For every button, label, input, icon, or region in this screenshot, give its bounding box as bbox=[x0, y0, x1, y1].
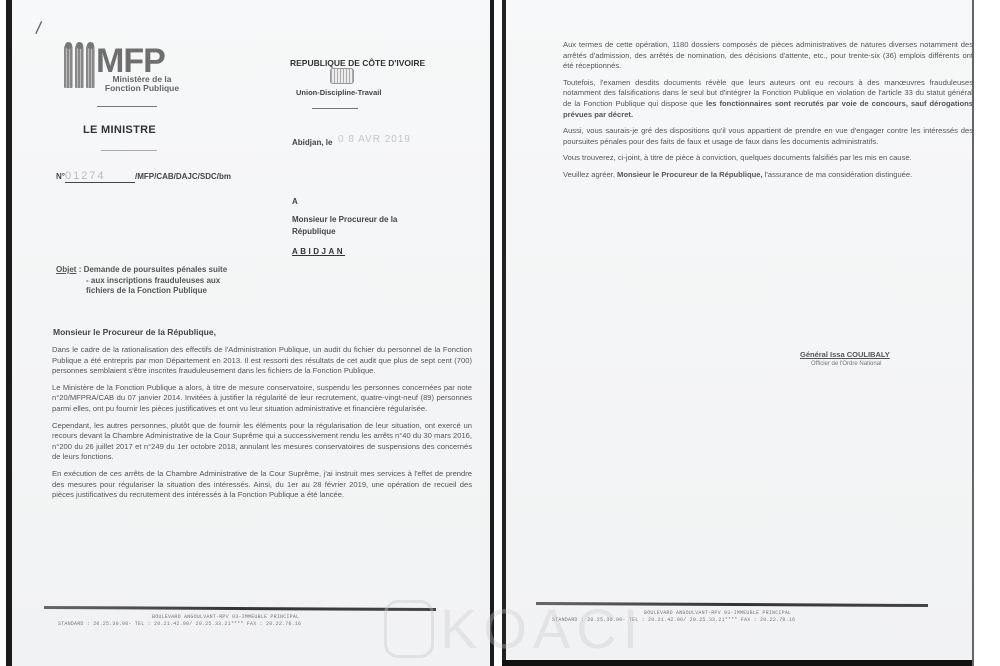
recipient-a: A bbox=[292, 197, 298, 206]
objet-line3: fichiers de la Fonction Publique bbox=[56, 286, 227, 297]
page1-footer-contacts: STANDARD : 20.25.30.00- TEL : 20.21.42.9… bbox=[58, 621, 301, 627]
national-motto: Union-Discipline-Travail bbox=[296, 88, 381, 97]
paragraph: Vous trouverez, ci-joint, à titre de piè… bbox=[563, 153, 973, 164]
paragraph: Cependant, les autres personnes, plutôt … bbox=[52, 421, 472, 463]
mfp-logo-subtitle: Ministère de la Fonction Publique bbox=[92, 75, 192, 93]
page2-body: Aux termes de cette opération, 1180 doss… bbox=[563, 40, 973, 187]
recipient-name: Monsieur le Procureur de la République bbox=[292, 214, 442, 238]
reference-stamp: 01274 bbox=[65, 170, 135, 183]
paragraph: En exécution de ces arrêts de la Chambre… bbox=[52, 469, 472, 501]
objet-line1: : Demande de poursuites pénales suite bbox=[79, 265, 227, 274]
page1-footer-address: BOULEVARD ANGOULVANT-RPV 93-IMMEUBLE PRI… bbox=[152, 614, 299, 620]
page-divider bbox=[490, 0, 502, 666]
closing-rest: l'assurance de ma considération distingu… bbox=[763, 170, 913, 179]
place-date-label: Abidjan, le bbox=[292, 138, 332, 147]
coat-of-arms-icon bbox=[330, 68, 354, 84]
watermark-logo-icon bbox=[384, 600, 434, 658]
page1-body: Dans le cadre de la rationalisation des … bbox=[52, 345, 472, 507]
paragraph: Dans le cadre de la rationalisation des … bbox=[52, 345, 472, 377]
signature-name: Général Issa COULIBALY bbox=[800, 350, 890, 359]
salutation: Monsieur le Procureur de la République, bbox=[53, 327, 216, 337]
paragraph: Aussi, vous saurais-je gré des dispositi… bbox=[563, 126, 973, 147]
header-rule bbox=[97, 106, 157, 107]
reference-number: N°01274/MFP/CAB/DAJC/SDC/bm bbox=[56, 170, 231, 183]
date-stamp: 0 8 AVR 2019 bbox=[338, 134, 411, 145]
ministre-rule bbox=[101, 150, 157, 151]
recipient-city: ABIDJAN bbox=[292, 247, 345, 256]
signature-title: Officier de l'Ordre National bbox=[811, 361, 881, 367]
watermark-text: KOACI bbox=[440, 596, 644, 661]
closing-bold: Monsieur le Procureur de la République, bbox=[617, 170, 763, 179]
closing-text: Veuillez agréer, bbox=[563, 170, 617, 179]
paragraph: Le Ministère de la Fonction Publique a a… bbox=[52, 383, 472, 415]
logo-subtitle-line2: Fonction Publique bbox=[92, 84, 192, 93]
reference-prefix: N° bbox=[56, 172, 65, 181]
paragraph: Veuillez agréer, Monsieur le Procureur d… bbox=[563, 170, 973, 181]
republic-heading: REPUBLIQUE DE CÔTE D'IVOIRE bbox=[290, 58, 425, 68]
reference-suffix: /MFP/CAB/DAJC/SDC/bm bbox=[135, 172, 231, 181]
objet-block: Objet : Demande de poursuites pénales su… bbox=[56, 265, 227, 297]
objet-line2: - aux inscriptions frauduleuses aux bbox=[56, 276, 227, 287]
motto-rule bbox=[312, 108, 358, 109]
paragraph: Toutefois, l'examen desdits documents ré… bbox=[563, 78, 973, 120]
page2-footer-address: BOULEVARD ANGOULVANT-RPV 93-IMMEUBLE PRI… bbox=[644, 610, 791, 616]
objet-label: Objet bbox=[56, 265, 76, 274]
mfp-logo-acronym: MFP bbox=[96, 44, 165, 78]
paragraph: Aux termes de cette opération, 1180 doss… bbox=[563, 40, 973, 72]
le-ministre-heading: LE MINISTRE bbox=[83, 124, 156, 136]
